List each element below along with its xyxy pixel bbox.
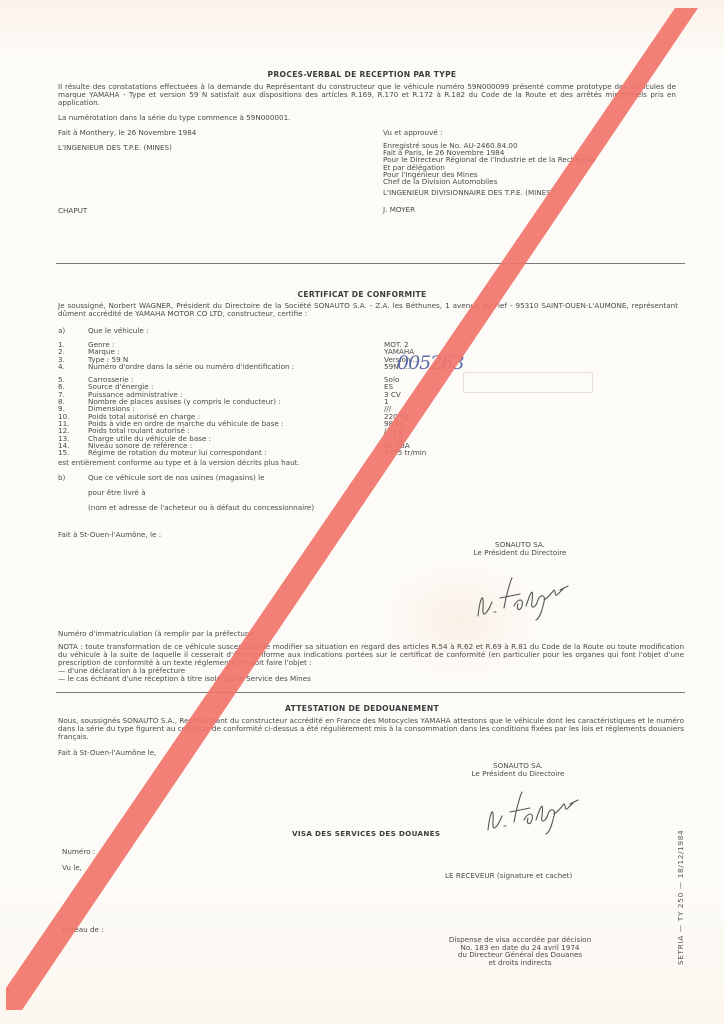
characteristic-row: 4.Numéro d'ordre dans la série ou numéro… [58,363,294,370]
item-label: Régime de rotation du moteur lui corresp… [88,448,266,457]
paper-stain [0,880,724,1024]
item-number: 4. [58,363,88,370]
item-value: 3375 tr/min [384,449,426,456]
approval-block: Enregistré sous le No. AU-2460.84.00 Fai… [383,142,596,185]
visa-title: VISA DES SERVICES DES DOUANES [292,830,440,838]
characteristic-row: 15.Régime de rotation du moteur lui corr… [58,449,294,456]
ingenieur-divisionnaire: L'INGENIEUR DIVISIONNAIRE DES T.P.E. (MI… [383,189,554,197]
section-b-label: b) [58,474,65,482]
nota-item: — le cas échéant d'une réception à titre… [58,675,311,683]
approval-line: Chef de la Division Automobiles [383,178,596,185]
fait-a-st-ouen: Fait à St-Ouen-l'Aumône, le : [58,531,161,539]
president-signature [470,568,580,623]
proces-verbal-paragraph: Il résulte des constatations effectuées … [58,83,676,108]
section-divider [56,692,685,693]
faded-stamp [463,372,593,393]
item-value: 3 CV [384,391,426,398]
certificat-intro: Je soussigné, Norbert WAGNER, Président … [58,302,678,318]
nota-paragraph: NOTA : toute transformation de ce véhicu… [58,643,684,668]
document-page: PROCES-VERBAL DE RECEPTION PAR TYPE Il r… [0,0,724,1024]
vu-le-label: Vu le, [62,864,82,872]
dispense-block: Dispense de visa accordée par décision N… [430,936,610,966]
vu-et-approuve: Vu et approuvé : [383,129,442,137]
section-divider [56,263,685,264]
ingenieur-title: L'INGENIEUR DES T.P.E. (MINES) [58,144,172,152]
attestation-fait-a: Fait à St-Ouen-l'Aumône le, [58,749,156,757]
signature-block: SONAUTO SA. Le Président du Directoire [440,541,600,557]
conformity-statement: est entièrement conforme au type et à la… [58,459,300,467]
paper-stain [0,0,724,60]
section-b-line: Que ce véhicule sort de nos usines (maga… [88,474,265,482]
dispense-line: et droits indirects [430,959,610,967]
signatory-left: CHAPUT [58,207,87,215]
numbering-text: La numérotation dans la série du type co… [58,114,290,122]
section-b-line: (nom et adresse de l'acheteur ou à défau… [88,504,314,512]
printer-reference: SETRIA — TY 250 — 18/12/1984 [676,830,685,965]
president-title: Le Président du Directoire [448,770,588,778]
vehicle-characteristics-list: 1.Genre :2.Marque :3.Type : 59 N4.Numéro… [58,341,294,456]
proces-verbal-title: PROCES-VERBAL DE RECEPTION PAR TYPE [0,71,724,79]
section-b-line: pour être livré à [88,489,146,497]
numero-label: Numéro : [62,848,95,856]
attestation-signature-block: SONAUTO SA. Le Président du Directoire [448,762,588,778]
item-label: Numéro d'ordre dans la série ou numéro d… [88,362,294,371]
section-a-label: a) [58,327,65,335]
president-title: Le Président du Directoire [440,549,600,557]
receveur-label: LE RECEVEUR (signature et cachet) [445,872,572,880]
section-a-text: Que le véhicule : [88,327,148,335]
fait-a-monthery: Fait à Monthery, le 26 Novembre 1984 [58,129,196,137]
attestation-signature [480,782,590,837]
handwritten-serial-number: 005263 [397,352,464,374]
signatory-right: J. MOYER [383,206,415,214]
bureau-label: Bureau de : [62,926,104,934]
item-number: 15. [58,449,88,456]
attestation-paragraph: Nous, soussignés SONAUTO S.A., Représent… [58,717,684,742]
certificat-title: CERTIFICAT DE CONFORMITE [0,291,724,299]
attestation-title: ATTESTATION DE DEDOUANEMENT [0,705,724,713]
immatriculation-label: Numéro d'immatriculation (à remplir par … [58,630,260,638]
